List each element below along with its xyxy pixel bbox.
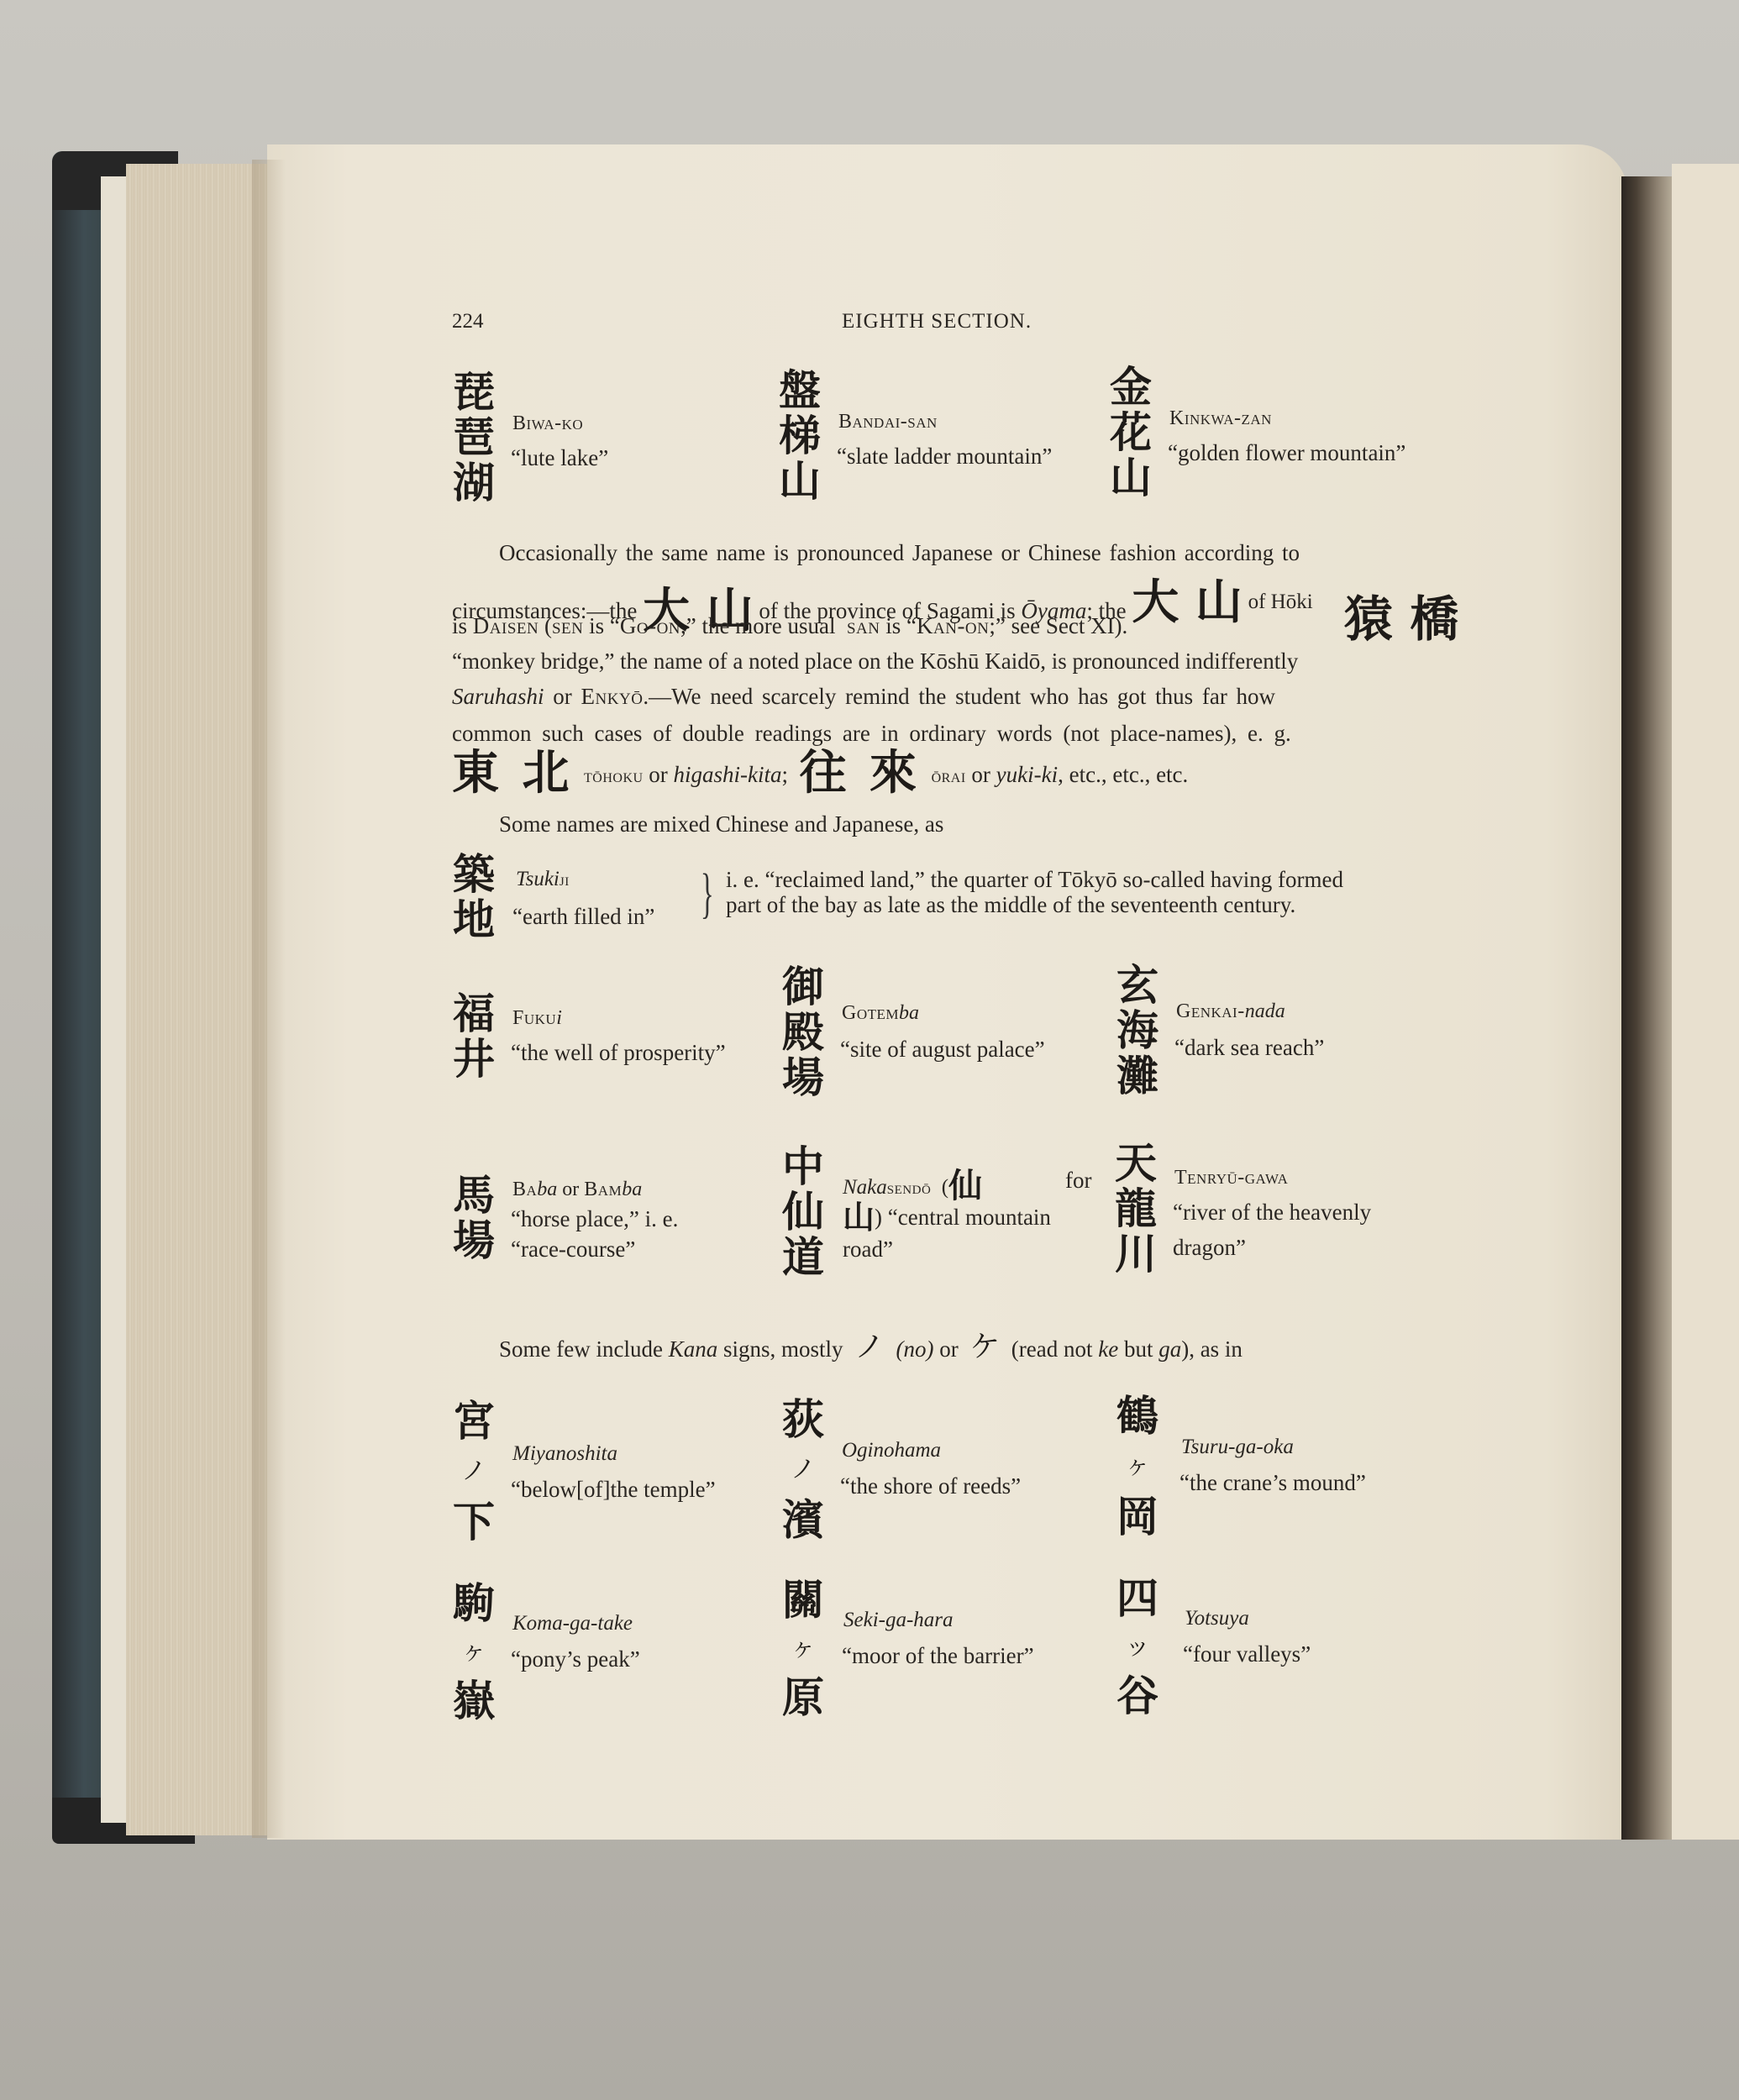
reading-gotemba: Gotemba (842, 1003, 919, 1023)
paragraph-1-line-7: 東 北 tōhoku or higashi-kita; 往 來 ōrai or … (452, 750, 1188, 797)
meaning-sekigahara: “moor of the barrier” (842, 1645, 1034, 1667)
meaning-kinkwazan: “golden flower mountain” (1168, 442, 1405, 465)
kanji-oginohama: 荻ノ濱 (780, 1394, 827, 1546)
paragraph-1-line-6: common such cases of double readings are… (452, 722, 1291, 745)
reading-oginohama: Oginohama (842, 1440, 941, 1461)
reading-tsurugaoka: Tsuru-ga-oka (1181, 1436, 1294, 1457)
paragraph-2: Some names are mixed Chinese and Japanes… (499, 813, 943, 836)
paragraph-1-line-4: “monkey bridge,” the name of a noted pla… (452, 650, 1298, 673)
meaning-tenryugawa-1: “river of the heavenly (1173, 1201, 1371, 1224)
reading-sekigahara: Seki-ga-hara (843, 1609, 954, 1630)
kanji-sekigahara: 關ヶ原 (780, 1576, 827, 1722)
meaning-genkainada: “dark sea reach” (1174, 1037, 1324, 1059)
kanji-tenryugawa: 天龍川 (1112, 1141, 1159, 1277)
reading-baba: Baba or Bamba (512, 1179, 642, 1200)
meaning-tsukiji: “earth filled in” (512, 906, 654, 928)
meaning-baba-2: “race-course” (511, 1238, 635, 1261)
facing-page-edge (1672, 164, 1739, 1840)
meaning-oginohama: “the shore of reeds” (840, 1475, 1021, 1498)
reading-kinkwazan: Kinkwa-zan (1169, 408, 1272, 428)
kanji-miyanoshita: 宮ノ下 (450, 1396, 497, 1547)
nakasendo-line-3: road” (843, 1238, 893, 1261)
meaning-bandaisan: “slate ladder mountain” (837, 445, 1052, 468)
kanji-biwako: 琵琶湖 (450, 370, 497, 506)
meaning-fukui: “the well of prosperity” (511, 1042, 726, 1064)
reading-nakasendo: Nakasendō (仙 (843, 1169, 982, 1203)
nakasendo-for: for (1065, 1169, 1091, 1192)
meaning-baba-1: “horse place,” i. e. (511, 1208, 678, 1231)
reading-biwako: Biwa-ko (512, 413, 583, 433)
kanji-nakasendo: 中仙道 (780, 1144, 827, 1280)
gutter-shadow (252, 160, 286, 1838)
reading-miyanoshita: Miyanoshita (512, 1443, 617, 1464)
meaning-gotemba: “site of august palace” (840, 1038, 1045, 1061)
meaning-tenryugawa-2: dragon” (1173, 1236, 1246, 1259)
kanji-genkainada: 玄海灘 (1114, 963, 1161, 1099)
meaning-yotsuya: “four valleys” (1183, 1643, 1311, 1666)
brace: } (701, 862, 714, 926)
reading-bandaisan: Bandai-san (838, 412, 938, 432)
paragraph-1-line-3: is Daisen (sen is “Go-on,” the more usua… (452, 615, 1127, 638)
reading-genkainada: Genkai-nada (1176, 1001, 1285, 1021)
endpaper (101, 176, 128, 1823)
meaning-komagatake: “pony’s peak” (511, 1648, 640, 1671)
book-gutter (1621, 176, 1672, 1840)
kanji-tsukiji: 築地 (450, 852, 497, 942)
kanji-gotemba: 御殿場 (780, 964, 827, 1100)
page-number: 224 (452, 311, 484, 332)
kanji-kinkwazan: 金花山 (1107, 365, 1154, 501)
running-title: EIGHTH SECTION. (842, 311, 1032, 332)
paragraph-1-line-1: Occasionally the same name is pronounced… (499, 542, 1300, 564)
meaning-miyanoshita: “below[of]the temple” (511, 1478, 716, 1501)
kanji-saruhashi: 猿 橋 (1344, 595, 1458, 643)
reading-tsukiji: Tsukiji (516, 869, 570, 890)
reading-fukui: Fukui (512, 1008, 562, 1028)
paragraph-3: Some few include Kana signs, mostly ノ (n… (499, 1332, 1243, 1362)
kanji-tsurugaoka: 鶴ヶ岡 (1114, 1391, 1161, 1542)
meaning-tsurugaoka: “the crane’s mound” (1179, 1472, 1366, 1494)
reading-tenryugawa: Tenryū-gawa (1174, 1168, 1288, 1188)
meaning-biwako: “lute lake” (511, 447, 608, 470)
reading-yotsuya: Yotsuya (1185, 1608, 1249, 1629)
kanji-yotsuya: 四ッ谷 (1114, 1574, 1161, 1720)
kanji-bandaisan: 盤梯山 (776, 368, 823, 504)
nakasendo-line-2: 山) “central mountain (843, 1201, 1051, 1233)
kanji-fukui: 福井 (450, 991, 497, 1082)
reading-komagatake: Koma-ga-take (512, 1613, 633, 1634)
tsukiji-note-line-2: part of the bay as late as the middle of… (726, 894, 1295, 916)
kanji-komagatake: 駒ヶ嶽 (450, 1579, 497, 1725)
tsukiji-note-line-1: i. e. “reclaimed land,” the quarter of T… (726, 869, 1343, 891)
paragraph-1-line-5: Saruhashi or Enkyō.—We need scarcely rem… (452, 685, 1275, 708)
kanji-baba: 馬場 (450, 1173, 497, 1263)
